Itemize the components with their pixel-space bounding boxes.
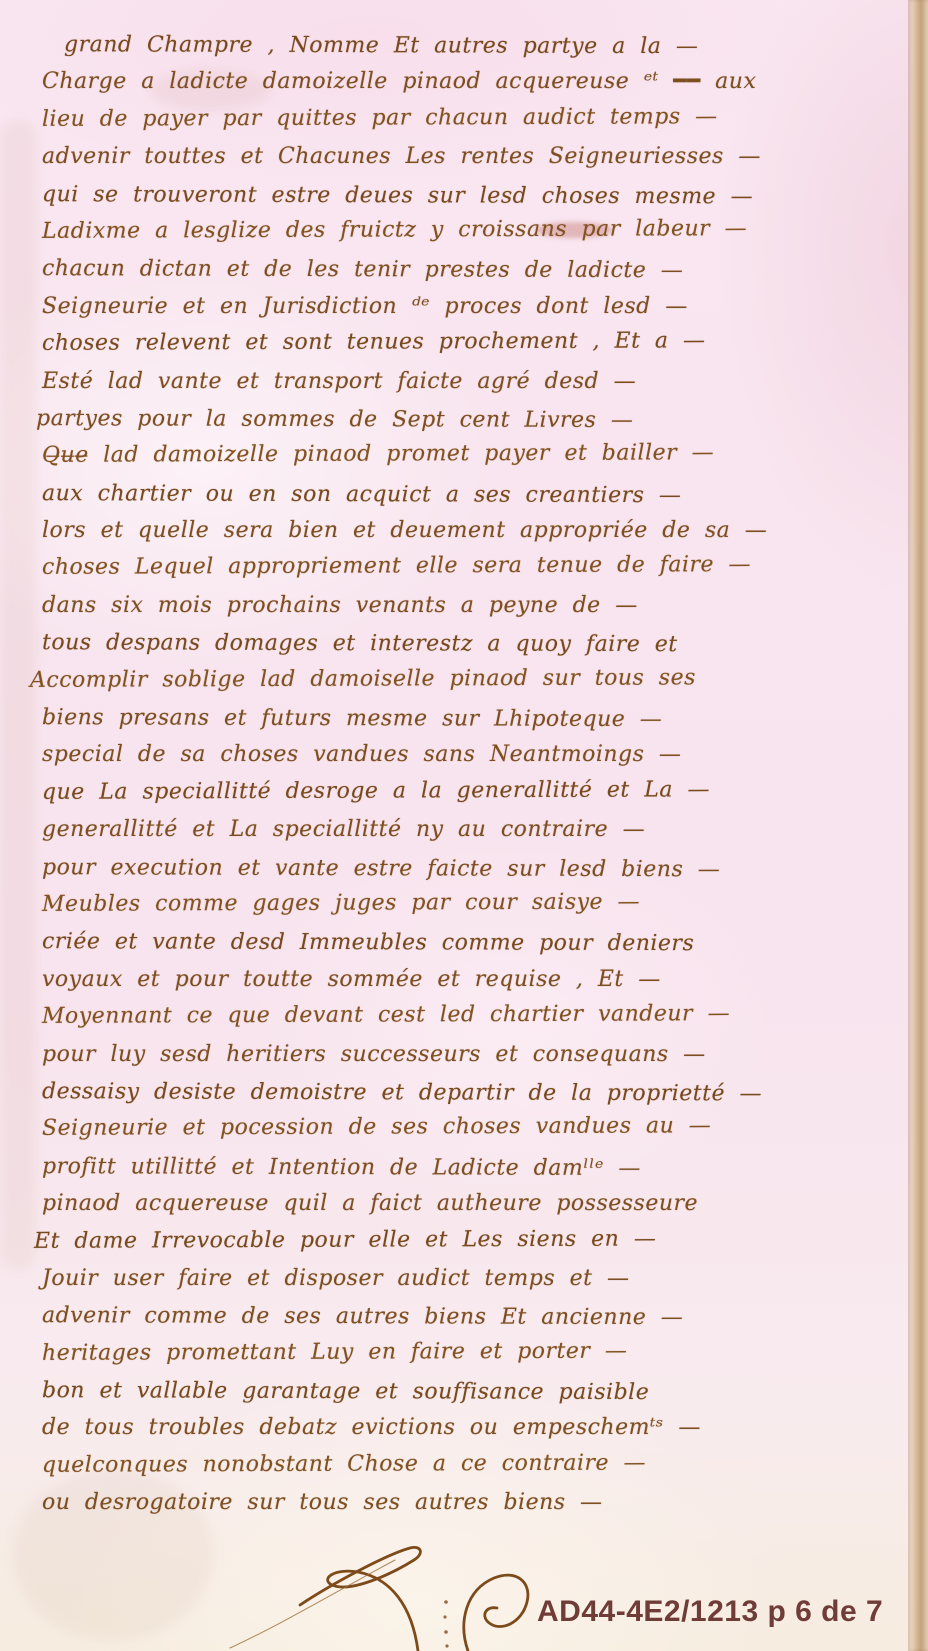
manuscript-line: aux chartier ou en son acquict a ses cre… <box>0 475 905 515</box>
manuscript-page: grand Champre , Nomme Et autres partye a… <box>0 0 928 1651</box>
manuscript-line: dans six mois prochains venants a peyne … <box>0 587 905 624</box>
manuscript-line: Seigneurie et en Jurisdiction ᵈᵉ proces … <box>0 288 905 325</box>
manuscript-line: Esté lad vante et transport faicte agré … <box>0 363 905 400</box>
manuscript-line: pinaod acquereuse quil a faict autheure … <box>0 1185 905 1222</box>
manuscript-line: Et dame Irrevocable pour elle et Les sie… <box>0 1219 905 1260</box>
manuscript-line: advenir touttes et Chacunes Les rentes S… <box>0 138 905 175</box>
manuscript-line: lieu de payer par quittes par chacun aud… <box>0 97 905 138</box>
manuscript-line: voyaux et pour toutte sommée et requise … <box>0 961 905 998</box>
manuscript-line: chacun dictan et de les tenir prestes de… <box>0 250 905 290</box>
manuscript-line: choses Lequel appropriement elle sera te… <box>0 546 905 587</box>
manuscript-line: generallitté et La speciallitté ny au co… <box>0 811 905 848</box>
archive-reference-label: AD44-4E2/1213 p 6 de 7 <box>537 1595 883 1629</box>
manuscript-line: Accomplir soblige lad damoiselle pinaod … <box>0 658 905 699</box>
manuscript-line: biens presans et futurs mesme sur Lhipot… <box>0 699 905 739</box>
manuscript-line: Jouir user faire et disposer audict temp… <box>0 1260 905 1297</box>
manuscript-line: Moyennant ce que devant cest led chartie… <box>0 995 905 1036</box>
manuscript-line: Ladixme a lesglize des fruictz y croissa… <box>0 209 905 250</box>
manuscript-line: grand Champre , Nomme Et autres partye a… <box>0 26 905 66</box>
manuscript-line: Q̶u̶e̶ lad damoizelle pinaod promet paye… <box>0 434 905 475</box>
manuscript-line: Charge a ladicte damoizelle pinaod acque… <box>0 63 905 100</box>
manuscript-line: heritages promettant Luy en faire et por… <box>0 1331 905 1372</box>
page-right-edge <box>908 0 928 1651</box>
manuscript-line: profitt utillitté et Intention de Ladict… <box>0 1148 905 1188</box>
manuscript-line: lors et quelle sera bien et deuement app… <box>0 512 905 549</box>
manuscript-line: que La speciallitté desroge a la general… <box>0 770 905 811</box>
manuscript-text: grand Champre , Nomme Et autres partye a… <box>0 26 905 1522</box>
manuscript-line: Meubles comme gages juges par cour saisy… <box>0 883 905 924</box>
manuscript-line: choses relevent et sont tenues prochemen… <box>0 322 905 363</box>
manuscript-line: criée et vante desd Immeubles comme pour… <box>0 923 905 963</box>
manuscript-line: bon et vallable garantage et souffisance… <box>0 1372 905 1412</box>
manuscript-line: special de sa choses vandues sans Neantm… <box>0 736 905 773</box>
manuscript-line: pour luy sesd heritiers successeurs et c… <box>0 1036 905 1073</box>
manuscript-line: Seigneurie et pocession de ses choses va… <box>0 1107 905 1148</box>
